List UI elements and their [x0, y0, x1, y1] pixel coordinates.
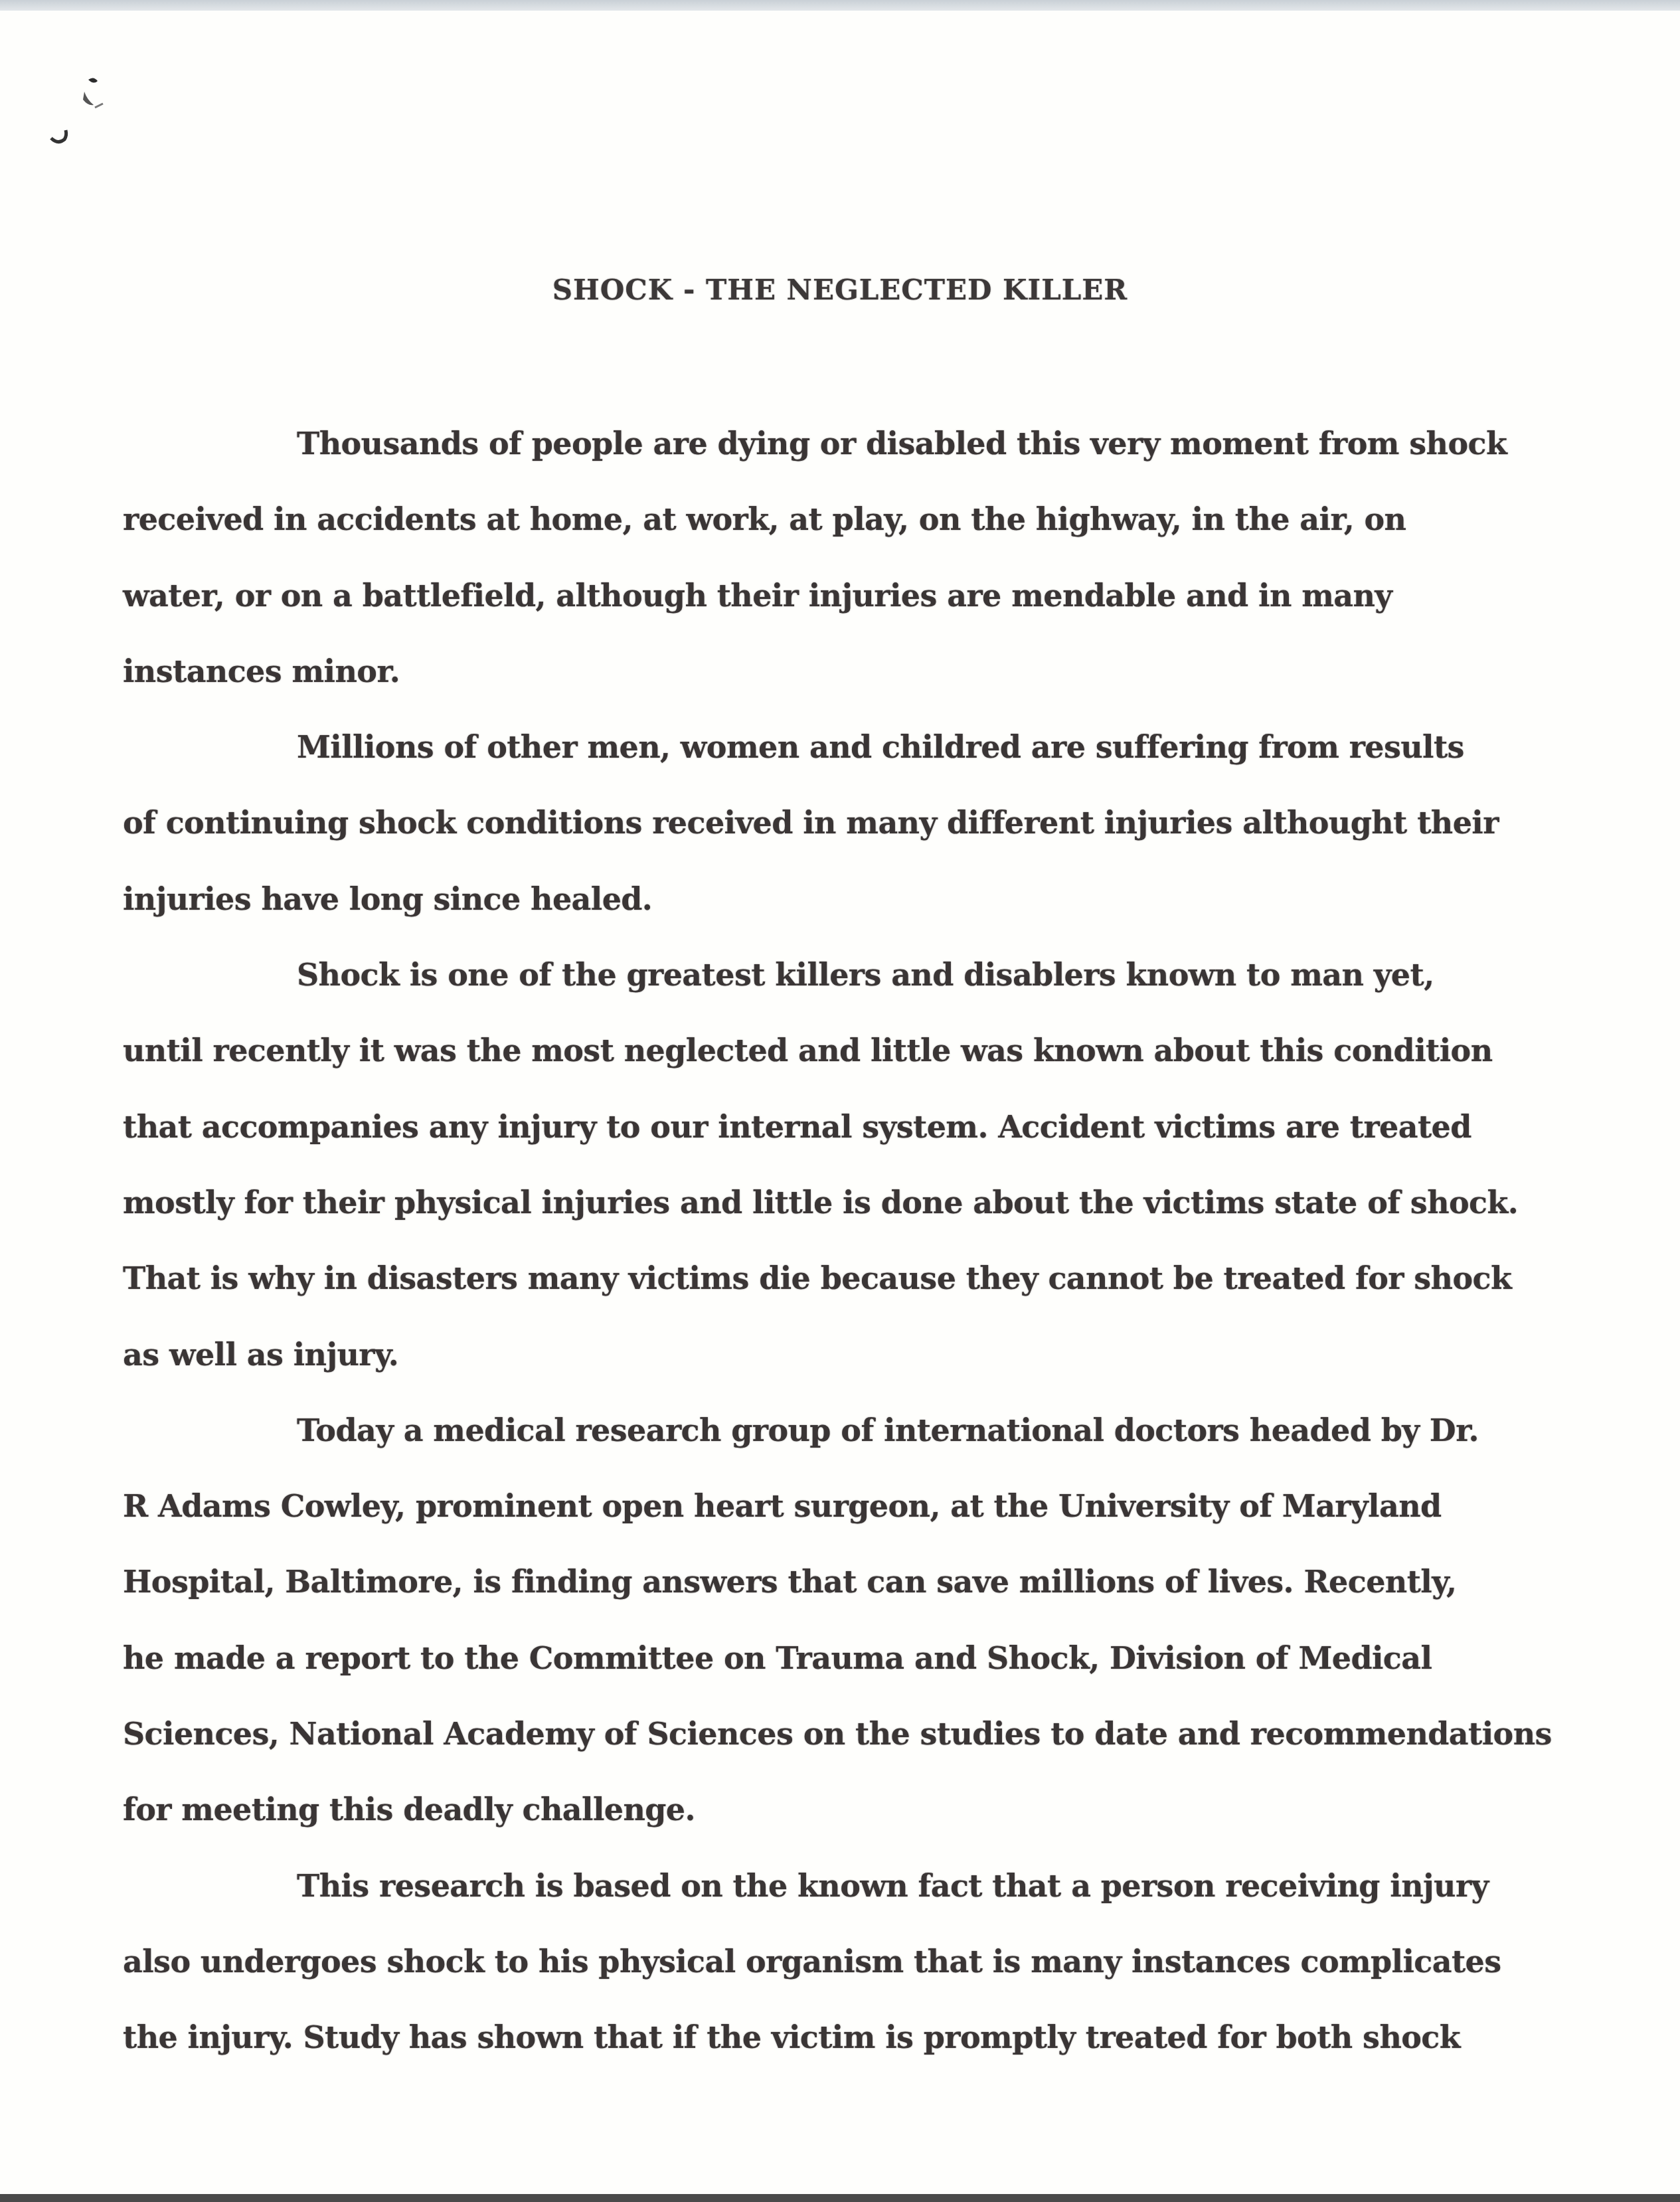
- text-line: the injury. Study has shown that if the …: [123, 2013, 1531, 2089]
- text-line: R Adams Cowley, prominent open heart sur…: [123, 1482, 1531, 1558]
- text-line: Thousands of people are dying or disable…: [123, 420, 1531, 495]
- scan-bottom-edge: [0, 2194, 1680, 2202]
- staple-mark-icon: [37, 66, 116, 153]
- text-line: That is why in disasters many victims di…: [123, 1254, 1531, 1330]
- text-line: instances minor.: [123, 647, 1531, 723]
- text-line: also undergoes shock to his physical org…: [123, 1938, 1531, 2013]
- text-line: that accompanies any injury to our inter…: [123, 1103, 1531, 1179]
- text-line: Shock is one of the greatest killers and…: [123, 951, 1531, 1027]
- text-line: injuries have long since healed.: [123, 875, 1531, 951]
- paragraph-5: This research is based on the known fact…: [123, 1862, 1531, 2090]
- paragraph-4: Today a medical research group of intern…: [123, 1406, 1531, 1862]
- text-line: Today a medical research group of intern…: [123, 1406, 1531, 1482]
- text-line: Sciences, National Academy of Sciences o…: [123, 1710, 1531, 1786]
- text-line: mostly for their physical injuries and l…: [123, 1179, 1531, 1254]
- paragraph-1: Thousands of people are dying or disable…: [123, 420, 1531, 723]
- document-title: SHOCK - THE NEGLECTED KILLER: [0, 274, 1680, 306]
- text-line: water, or on a battlefield, although the…: [123, 572, 1531, 647]
- text-line: as well as injury.: [123, 1331, 1531, 1406]
- text-line: Millions of other men, women and childre…: [123, 723, 1531, 799]
- paragraph-2: Millions of other men, women and childre…: [123, 723, 1531, 951]
- text-line: Hospital, Baltimore, is finding answers …: [123, 1558, 1531, 1634]
- scan-top-edge: [0, 0, 1680, 11]
- document-body: Thousands of people are dying or disable…: [123, 420, 1531, 2090]
- paragraph-3: Shock is one of the greatest killers and…: [123, 951, 1531, 1406]
- text-line: This research is based on the known fact…: [123, 1862, 1531, 1938]
- text-line: received in accidents at home, at work, …: [123, 495, 1531, 571]
- text-line: for meeting this deadly challenge.: [123, 1786, 1531, 1861]
- text-line: of continuing shock conditions received …: [123, 799, 1531, 875]
- text-line: until recently it was the most neglected…: [123, 1027, 1531, 1102]
- text-line: he made a report to the Committee on Tra…: [123, 1634, 1531, 1710]
